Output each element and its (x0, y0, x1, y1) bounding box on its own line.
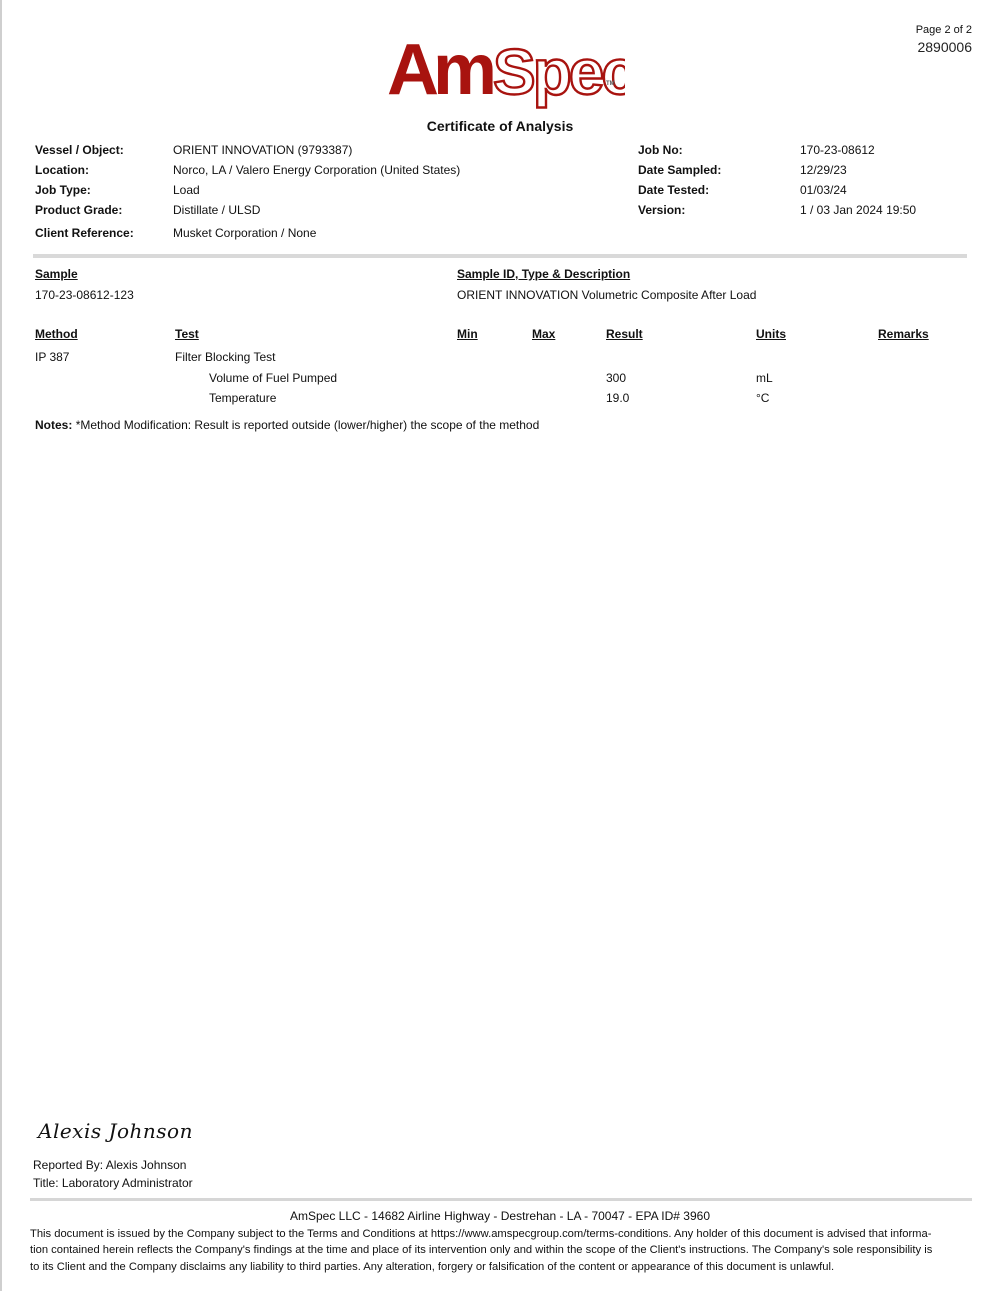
reporter-title: Title: Laboratory Administrator (33, 1176, 193, 1190)
signature-text: Alexis Johnson (36, 1119, 193, 1143)
header-divider (33, 254, 967, 258)
amspec-logo: Am Spec TM (385, 28, 625, 116)
cell-result: 300 (606, 371, 626, 385)
notes-label: Notes: (35, 418, 72, 432)
info-label: Version: (638, 203, 685, 217)
document-title: Certificate of Analysis (0, 118, 1000, 134)
sample-header: Sample (35, 267, 78, 281)
info-label: Date Tested: (638, 183, 709, 197)
info-value: Norco, LA / Valero Energy Corporation (U… (173, 163, 460, 177)
info-value: Musket Corporation / None (173, 226, 316, 240)
page-number: Page 2 of 2 (916, 23, 972, 37)
footer-address: AmSpec LLC - 14682 Airline Highway - Des… (0, 1209, 1000, 1223)
info-value: ORIENT INNOVATION (9793387) (173, 143, 352, 157)
cell-method: IP 387 (35, 350, 69, 364)
column-header-max: Max (532, 327, 555, 341)
sample-id: 170-23-08612-123 (35, 288, 134, 302)
info-label: Vessel / Object: (35, 143, 124, 157)
sample-description-header: Sample ID, Type & Description (457, 267, 630, 281)
column-header-method: Method (35, 327, 78, 341)
column-header-test: Test (175, 327, 199, 341)
cell-test: Volume of Fuel Pumped (209, 371, 337, 385)
notes: Notes: *Method Modification: Result is r… (35, 418, 539, 432)
page-left-edge (0, 0, 2, 1291)
logo-spec-text: Spec (493, 36, 625, 108)
page-info: Page 2 of 2 2890006 (916, 23, 972, 56)
document-number: 2890006 (916, 38, 972, 56)
info-value: 01/03/24 (800, 183, 847, 197)
reported-by: Reported By: Alexis Johnson (33, 1158, 186, 1172)
info-value: 170-23-08612 (800, 143, 875, 157)
logo-am-text: Am (387, 30, 493, 110)
column-header-result: Result (606, 327, 643, 341)
cell-result: 19.0 (606, 391, 629, 405)
signature-image: Alexis Johnson (36, 1112, 196, 1152)
info-value: 1 / 03 Jan 2024 19:50 (800, 203, 916, 217)
info-value: 12/29/23 (800, 163, 847, 177)
info-label: Job Type: (35, 183, 91, 197)
column-header-min: Min (457, 327, 478, 341)
info-value: Load (173, 183, 200, 197)
footer-legal-text: This document is issued by the Company s… (30, 1226, 975, 1275)
cell-test: Temperature (209, 391, 276, 405)
footer-divider (30, 1198, 972, 1201)
info-label: Location: (35, 163, 89, 177)
cell-test: Filter Blocking Test (175, 350, 275, 364)
column-header-remarks: Remarks (878, 327, 929, 341)
footer-legal-line: tion contained herein reflects the Compa… (30, 1242, 975, 1258)
logo-trademark: TM (606, 81, 615, 87)
info-label: Product Grade: (35, 203, 122, 217)
info-value: Distillate / ULSD (173, 203, 260, 217)
info-label: Job No: (638, 143, 683, 157)
info-label: Client Reference: (35, 226, 134, 240)
footer-legal-line: to its Client and the Company disclaims … (30, 1259, 975, 1275)
cell-units: °C (756, 391, 769, 405)
cell-units: mL (756, 371, 773, 385)
notes-text: *Method Modification: Result is reported… (76, 418, 540, 432)
sample-description: ORIENT INNOVATION Volumetric Composite A… (457, 288, 756, 302)
column-header-units: Units (756, 327, 786, 341)
info-label: Date Sampled: (638, 163, 721, 177)
footer-legal-line: This document is issued by the Company s… (30, 1226, 975, 1242)
